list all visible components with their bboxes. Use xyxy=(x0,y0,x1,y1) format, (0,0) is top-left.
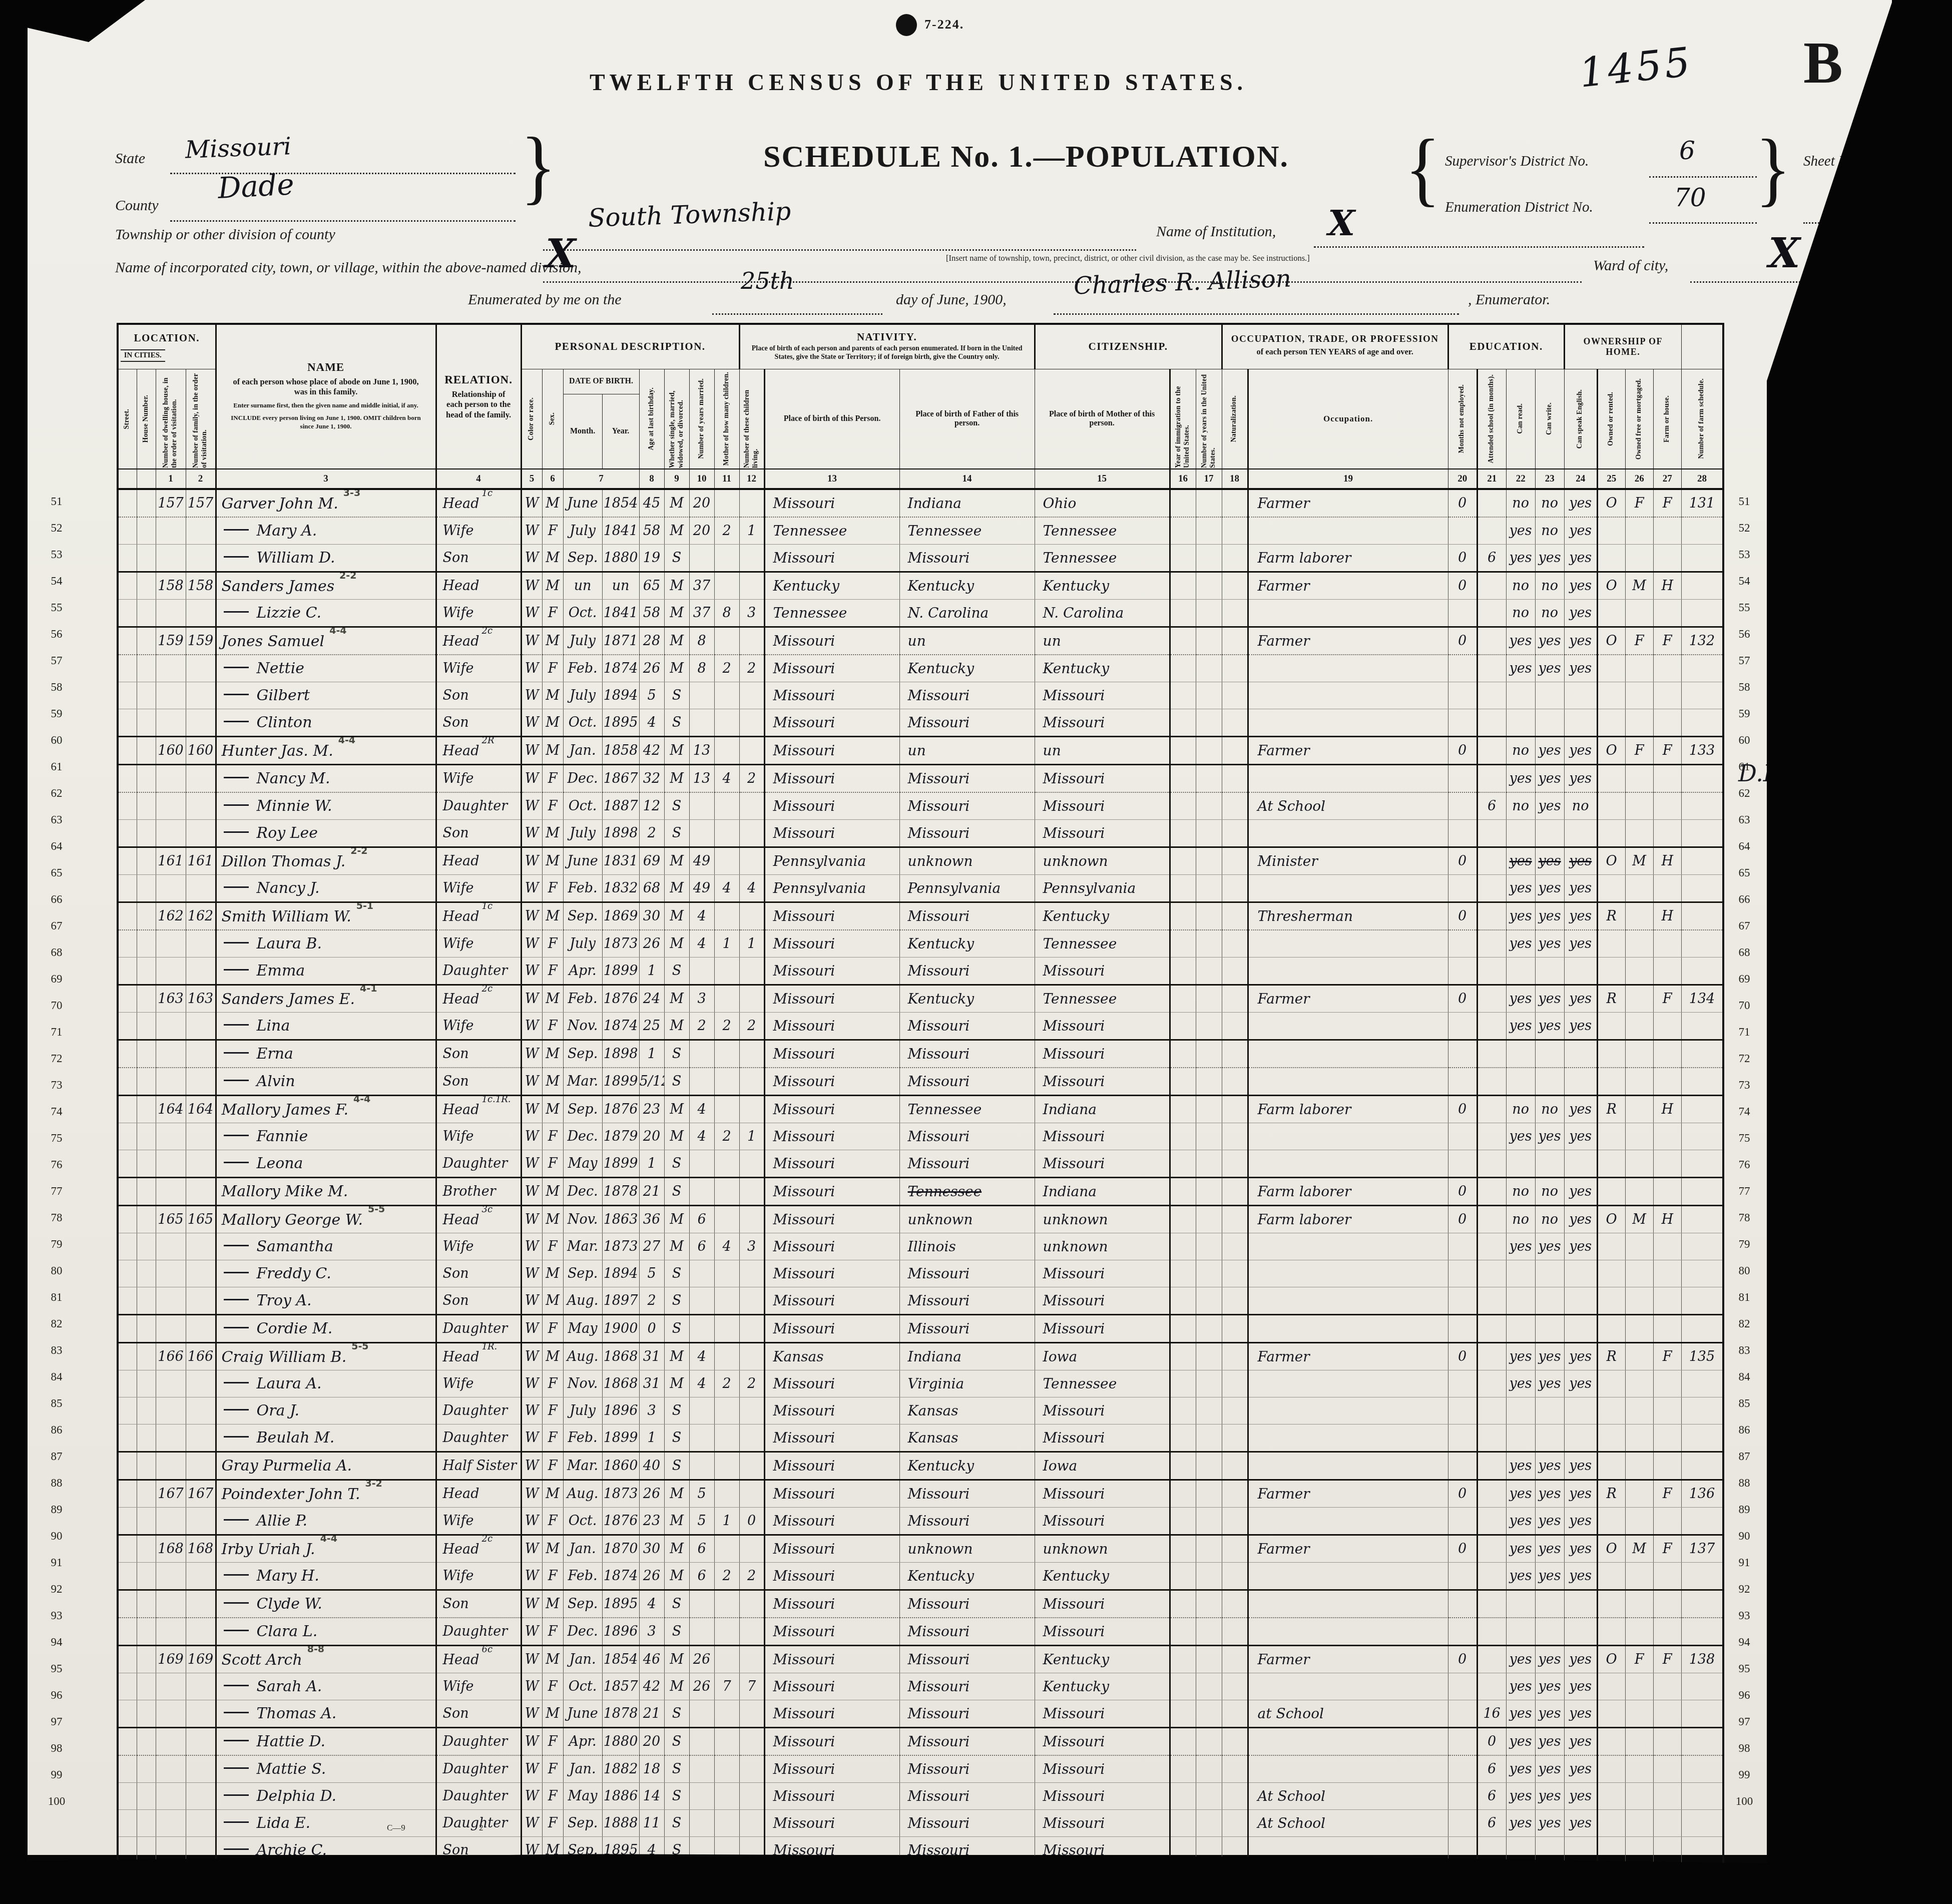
age-cell: 1 xyxy=(639,1424,664,1452)
table-row: Roy LeeSonWMJuly18982SMissouriMissouriMi… xyxy=(118,820,1723,847)
group-occupation: OCCUPATION, TRADE, OR PROFESSION of each… xyxy=(1222,324,1448,369)
months-not-employed-cell: 0 xyxy=(1448,1480,1477,1508)
name-cell: Gray Purmelia A. xyxy=(216,1452,436,1480)
relation-cell: Son xyxy=(436,820,521,847)
family-number-cell: 165 xyxy=(186,1206,216,1233)
naturalization-cell xyxy=(1222,902,1248,930)
row-number: 98 xyxy=(37,1735,77,1761)
owned-free-mortgaged-cell xyxy=(1625,1233,1653,1260)
marital-cell: S xyxy=(664,1810,689,1837)
family-number-cell: 159 xyxy=(186,627,216,655)
can-read-cell: yes xyxy=(1506,930,1535,958)
table-row: Laura B.WifeWFJuly187326M411MissouriKent… xyxy=(118,930,1723,958)
ditto-dash xyxy=(224,1162,249,1163)
owned-rented-cell xyxy=(1597,600,1625,627)
years-in-us-cell xyxy=(1196,600,1222,627)
immigration-year-cell xyxy=(1170,1397,1196,1424)
family-number-cell: 162 xyxy=(186,902,216,930)
years-married-cell: 5 xyxy=(689,1508,714,1535)
naturalization-cell xyxy=(1222,1260,1248,1287)
birthplace-cell: Kentucky xyxy=(764,572,899,600)
years-married-cell: 4 xyxy=(689,1123,714,1150)
birth-year-cell: 1882 xyxy=(602,1755,639,1783)
relation-annotation: 1R. xyxy=(481,1343,497,1352)
naturalization-cell xyxy=(1222,1728,1248,1756)
table-row: Clara L.DaughterWFDec.18963SMissouriMiss… xyxy=(118,1618,1723,1646)
farm-schedule-cell xyxy=(1681,1728,1723,1756)
can-read-cell: yes xyxy=(1506,1673,1535,1700)
owned-free-mortgaged-cell xyxy=(1625,1480,1653,1508)
birthplace-cell: Missouri xyxy=(764,1563,899,1590)
can-speak-english-cell xyxy=(1564,820,1597,847)
ditto-dash xyxy=(224,694,249,695)
dwelling-number-cell xyxy=(156,545,186,572)
row-number: 96 xyxy=(1724,1682,1764,1708)
color-cell: W xyxy=(521,792,542,820)
can-read-cell: no xyxy=(1506,792,1535,820)
can-write-cell xyxy=(1535,1315,1564,1343)
relation-cell: Head3c xyxy=(436,1206,521,1233)
col-house-number: House Number. xyxy=(137,369,156,469)
naturalization-cell xyxy=(1222,820,1248,847)
owned-rented-cell xyxy=(1597,1755,1625,1783)
sex-cell: M xyxy=(542,1040,563,1068)
owned-rented-cell xyxy=(1597,517,1625,545)
name-cell: Lizzie C. xyxy=(216,600,436,627)
street-cell xyxy=(118,1233,137,1260)
attended-school-cell: 16 xyxy=(1477,1700,1506,1728)
name-cell: Minnie W. xyxy=(216,792,436,820)
street-cell xyxy=(118,902,137,930)
birth-month-cell: Mar. xyxy=(563,1068,602,1096)
age-cell: 45 xyxy=(639,489,664,517)
mother-birthplace-cell: Tennessee xyxy=(1035,517,1170,545)
can-write-cell xyxy=(1535,1040,1564,1068)
can-read-cell: no xyxy=(1506,572,1535,600)
family-number-cell xyxy=(186,1150,216,1178)
can-write-cell xyxy=(1535,1424,1564,1452)
row-number: 69 xyxy=(37,966,77,992)
family-number-cell xyxy=(186,1508,216,1535)
color-cell: W xyxy=(521,1810,542,1837)
can-speak-english-cell: yes xyxy=(1564,985,1597,1013)
immigration-year-cell xyxy=(1170,1728,1196,1756)
birth-year-cell: 1854 xyxy=(602,1646,639,1673)
mother-of-cell xyxy=(714,1150,739,1178)
mother-birthplace-cell: unknown xyxy=(1035,847,1170,875)
pencil-tally: 3-3 xyxy=(343,489,360,499)
row-number: 97 xyxy=(1724,1708,1764,1735)
dwelling-number-cell: 167 xyxy=(156,1480,186,1508)
name-cell: Freddy C. xyxy=(216,1260,436,1287)
can-speak-english-cell: yes xyxy=(1564,1700,1597,1728)
farm-schedule-cell: 136 xyxy=(1681,1480,1723,1508)
months-not-employed-cell xyxy=(1448,1590,1477,1618)
house-number-cell xyxy=(137,1755,156,1783)
farm-or-house-cell xyxy=(1653,875,1681,902)
dwelling-number-cell xyxy=(156,1260,186,1287)
birth-month-cell: June xyxy=(563,1700,602,1728)
street-cell xyxy=(118,1397,137,1424)
immigration-year-cell xyxy=(1170,1480,1196,1508)
birth-month-cell: July xyxy=(563,682,602,709)
can-write-cell: yes xyxy=(1535,655,1564,682)
relation-annotation: 1c.1R. xyxy=(481,1096,511,1105)
immigration-year-cell xyxy=(1170,930,1196,958)
name-cell: Ora J. xyxy=(216,1397,436,1424)
age-cell: 3 xyxy=(639,1397,664,1424)
ditto-dash xyxy=(224,667,249,668)
enumeration-district-underline xyxy=(1649,222,1757,224)
birth-month-cell: Sep. xyxy=(563,1260,602,1287)
birthplace-cell: Missouri xyxy=(764,1040,899,1068)
color-cell: W xyxy=(521,737,542,765)
mother-of-cell xyxy=(714,1728,739,1756)
mother-of-cell xyxy=(714,545,739,572)
relation-cell: Son xyxy=(436,1068,521,1096)
sex-cell: M xyxy=(542,847,563,875)
children-living-cell xyxy=(739,709,764,737)
immigration-year-cell xyxy=(1170,1233,1196,1260)
family-number-cell xyxy=(186,1728,216,1756)
district-brace-open: { xyxy=(1405,127,1440,211)
ditto-dash xyxy=(224,1794,249,1796)
city-underline xyxy=(543,281,1582,283)
column-number: 21 xyxy=(1477,469,1506,489)
naturalization-cell xyxy=(1222,1646,1248,1673)
family-number-cell: 163 xyxy=(186,985,216,1013)
father-birthplace-cell: Missouri xyxy=(899,1150,1035,1178)
can-write-cell: yes xyxy=(1535,1563,1564,1590)
mother-of-cell xyxy=(714,1452,739,1480)
farm-schedule-cell xyxy=(1681,875,1723,902)
family-number-cell xyxy=(186,1452,216,1480)
relation-cell: Head2c xyxy=(436,985,521,1013)
years-married-cell xyxy=(689,792,714,820)
street-cell xyxy=(118,792,137,820)
months-not-employed-cell xyxy=(1448,765,1477,793)
marital-cell: S xyxy=(664,1700,689,1728)
street-cell xyxy=(118,958,137,985)
street-cell xyxy=(118,1783,137,1810)
mother-birthplace-cell: Kentucky xyxy=(1035,1563,1170,1590)
mother-birthplace-cell: Kentucky xyxy=(1035,1673,1170,1700)
census-sheet-paper: 7-224. TWELFTH CENSUS OF THE UNITED STAT… xyxy=(28,0,1892,1855)
birth-month-cell: July xyxy=(563,820,602,847)
birth-year-cell: 1876 xyxy=(602,1096,639,1123)
age-cell: 30 xyxy=(639,902,664,930)
birth-month-cell: Sep. xyxy=(563,545,602,572)
owned-free-mortgaged-cell xyxy=(1625,1343,1653,1370)
attended-school-cell xyxy=(1477,930,1506,958)
can-speak-english-cell xyxy=(1564,1068,1597,1096)
institution-x-mark: X xyxy=(1328,202,1355,244)
birth-year-cell: 1900 xyxy=(602,1315,639,1343)
column-number: 28 xyxy=(1681,469,1723,489)
years-married-cell: 8 xyxy=(689,655,714,682)
age-cell: 5/12 xyxy=(639,1068,664,1096)
marital-cell: M xyxy=(664,1206,689,1233)
father-birthplace-cell: Missouri xyxy=(899,820,1035,847)
relation-cell: Head1c xyxy=(436,489,521,517)
row-number: 88 xyxy=(37,1470,77,1496)
pencil-tally: 3-2 xyxy=(365,1480,382,1489)
farm-or-house-cell xyxy=(1653,820,1681,847)
occupation-cell: at School xyxy=(1248,1700,1448,1728)
pencil-tally: 4-4 xyxy=(320,1535,337,1544)
can-write-cell: yes xyxy=(1535,1452,1564,1480)
occupation-cell xyxy=(1248,958,1448,985)
color-cell: W xyxy=(521,1646,542,1673)
house-number-cell xyxy=(137,1343,156,1370)
sex-cell: F xyxy=(542,1618,563,1646)
row-number: 62 xyxy=(37,780,77,806)
months-not-employed-cell: 0 xyxy=(1448,489,1477,517)
age-cell: 65 xyxy=(639,572,664,600)
birth-year-cell: 1876 xyxy=(602,985,639,1013)
years-in-us-cell xyxy=(1196,1700,1222,1728)
can-read-cell: yes xyxy=(1506,1343,1535,1370)
house-number-cell xyxy=(137,1315,156,1343)
birthplace-cell: Missouri xyxy=(764,930,899,958)
family-number-cell xyxy=(186,1123,216,1150)
row-number: 52 xyxy=(1724,515,1764,541)
dwelling-number-cell xyxy=(156,1397,186,1424)
farm-or-house-cell xyxy=(1653,1837,1681,1865)
row-number: 63 xyxy=(1724,806,1764,833)
occupation-cell: Farm laborer xyxy=(1248,1178,1448,1206)
col-owned-rented: Owned or rented. xyxy=(1597,369,1625,469)
dwelling-number-cell xyxy=(156,1150,186,1178)
can-read-cell: yes xyxy=(1506,517,1535,545)
sex-cell: M xyxy=(542,682,563,709)
father-birthplace-cell: Virginia xyxy=(899,1370,1035,1397)
mother-birthplace-cell: unknown xyxy=(1035,1233,1170,1260)
immigration-year-cell xyxy=(1170,1123,1196,1150)
farm-or-house-cell xyxy=(1653,1424,1681,1452)
farm-schedule-cell: 135 xyxy=(1681,1343,1723,1370)
owned-rented-cell: R xyxy=(1597,1343,1625,1370)
birth-month-cell: Oct. xyxy=(563,792,602,820)
row-number: 73 xyxy=(37,1072,77,1098)
months-not-employed-cell xyxy=(1448,1233,1477,1260)
relation-annotation: 3c xyxy=(481,1206,493,1215)
can-speak-english-cell xyxy=(1564,1424,1597,1452)
attended-school-cell xyxy=(1477,1315,1506,1343)
relation-cell: Daughter xyxy=(436,1618,521,1646)
row-number: 87 xyxy=(37,1443,77,1470)
birth-year-cell: 1873 xyxy=(602,930,639,958)
age-cell: 69 xyxy=(639,847,664,875)
name-cell: Scott Arch8-8 xyxy=(216,1646,436,1673)
owned-free-mortgaged-cell xyxy=(1625,1013,1653,1040)
age-cell: 58 xyxy=(639,517,664,545)
owned-free-mortgaged-cell xyxy=(1625,1618,1653,1646)
father-birthplace-cell: Missouri xyxy=(899,1646,1035,1673)
mother-birthplace-cell: Tennessee xyxy=(1035,930,1170,958)
birth-year-cell: 1841 xyxy=(602,600,639,627)
footer-mark: C—9 xyxy=(387,1823,405,1833)
father-birthplace-cell: Missouri xyxy=(899,1508,1035,1535)
children-living-cell xyxy=(739,1755,764,1783)
attended-school-cell xyxy=(1477,1370,1506,1397)
farm-schedule-cell xyxy=(1681,1424,1723,1452)
birth-month-cell: Jan. xyxy=(563,1755,602,1783)
group-citizenship: CITIZENSHIP. xyxy=(1035,324,1222,369)
pencil-tally: 5-5 xyxy=(368,1206,385,1215)
column-number: 8 xyxy=(639,469,664,489)
street-cell xyxy=(118,1480,137,1508)
enumeration-district-value: 70 xyxy=(1674,183,1706,212)
street-cell xyxy=(118,847,137,875)
years-married-cell: 6 xyxy=(689,1206,714,1233)
birthplace-cell: Missouri xyxy=(764,1068,899,1096)
months-not-employed-cell: 0 xyxy=(1448,737,1477,765)
owned-free-mortgaged-cell: F xyxy=(1625,489,1653,517)
months-not-employed-cell xyxy=(1448,792,1477,820)
naturalization-cell xyxy=(1222,627,1248,655)
attended-school-cell xyxy=(1477,517,1506,545)
table-row: 163163Sanders James E.4-1Head2cWMFeb.187… xyxy=(118,985,1723,1013)
farm-or-house-cell xyxy=(1653,1618,1681,1646)
can-write-cell xyxy=(1535,682,1564,709)
farm-schedule-cell xyxy=(1681,655,1723,682)
marital-cell: M xyxy=(664,1646,689,1673)
col-color: Color or race. xyxy=(521,369,542,469)
census-table: LOCATION. IN CITIES. NAME of each person… xyxy=(117,323,1724,1865)
family-number-cell: 169 xyxy=(186,1646,216,1673)
name-cell: Fannie xyxy=(216,1123,436,1150)
age-cell: 4 xyxy=(639,1590,664,1618)
can-speak-english-cell: yes xyxy=(1564,627,1597,655)
farm-or-house-cell: F xyxy=(1653,1535,1681,1563)
ditto-dash xyxy=(224,1409,249,1410)
attended-school-cell xyxy=(1477,1618,1506,1646)
occupation-cell: Farmer xyxy=(1248,985,1448,1013)
mother-birthplace-cell: Missouri xyxy=(1035,958,1170,985)
children-living-cell xyxy=(739,1206,764,1233)
house-number-cell xyxy=(137,930,156,958)
family-number-cell xyxy=(186,517,216,545)
family-number-cell xyxy=(186,1810,216,1837)
age-cell: 14 xyxy=(639,1783,664,1810)
can-write-cell: yes xyxy=(1535,1480,1564,1508)
mother-birthplace-cell: Kentucky xyxy=(1035,572,1170,600)
occupation-cell: Farmer xyxy=(1248,489,1448,517)
owned-free-mortgaged-cell xyxy=(1625,1563,1653,1590)
father-birthplace-cell: unknown xyxy=(899,847,1035,875)
can-read-cell xyxy=(1506,1260,1535,1287)
age-cell: 20 xyxy=(639,1123,664,1150)
months-not-employed-cell xyxy=(1448,875,1477,902)
farm-or-house-cell xyxy=(1653,930,1681,958)
birth-month-cell: Dec. xyxy=(563,765,602,793)
name-cell: Laura B. xyxy=(216,930,436,958)
father-birthplace-cell: Missouri xyxy=(899,545,1035,572)
years-married-cell xyxy=(689,1810,714,1837)
children-living-cell: 3 xyxy=(739,1233,764,1260)
ditto-dash xyxy=(224,1848,249,1850)
farm-schedule-cell xyxy=(1681,1233,1723,1260)
farm-or-house-cell: F xyxy=(1653,1646,1681,1673)
marital-cell: S xyxy=(664,1424,689,1452)
age-cell: 26 xyxy=(639,930,664,958)
table-row: 162162Smith William W.5-1Head1cWMSep.186… xyxy=(118,902,1723,930)
dwelling-number-cell xyxy=(156,958,186,985)
house-number-cell xyxy=(137,847,156,875)
immigration-year-cell xyxy=(1170,682,1196,709)
birth-year-cell: 1886 xyxy=(602,1783,639,1810)
house-number-cell xyxy=(137,1783,156,1810)
birthplace-cell: Missouri xyxy=(764,489,899,517)
father-birthplace-cell: Missouri xyxy=(899,1315,1035,1343)
father-birthplace-cell: Kentucky xyxy=(899,655,1035,682)
can-read-cell: yes xyxy=(1506,1370,1535,1397)
col-years-married: Number of years married. xyxy=(689,369,714,469)
owned-rented-cell xyxy=(1597,930,1625,958)
birthplace-cell: Missouri xyxy=(764,1755,899,1783)
row-number: 99 xyxy=(37,1761,77,1788)
birthplace-cell: Missouri xyxy=(764,1673,899,1700)
immigration-year-cell xyxy=(1170,1590,1196,1618)
children-living-cell: 4 xyxy=(739,875,764,902)
birth-month-cell: Oct. xyxy=(563,709,602,737)
row-number: 80 xyxy=(37,1257,77,1284)
row-number: 60 xyxy=(37,727,77,753)
naturalization-cell xyxy=(1222,1618,1248,1646)
children-living-cell xyxy=(739,958,764,985)
can-read-cell xyxy=(1506,1618,1535,1646)
row-number: 51 xyxy=(37,488,77,515)
dwelling-number-cell xyxy=(156,1755,186,1783)
years-married-cell: 26 xyxy=(689,1646,714,1673)
dwelling-number-cell xyxy=(156,655,186,682)
father-birthplace-cell: Missouri xyxy=(899,1013,1035,1040)
name-cell: Craig William B.5-5 xyxy=(216,1343,436,1370)
row-number: 93 xyxy=(1724,1602,1764,1629)
mother-birthplace-cell: Ohio xyxy=(1035,489,1170,517)
name-cell: Poindexter John T.3-2 xyxy=(216,1480,436,1508)
house-number-cell xyxy=(137,1480,156,1508)
years-in-us-cell xyxy=(1196,1590,1222,1618)
children-living-cell: 2 xyxy=(739,1563,764,1590)
table-row: 164164Mallory James F.4-4Head1c.1R.WMSep… xyxy=(118,1096,1723,1123)
name-cell: Laura A. xyxy=(216,1370,436,1397)
can-write-cell: yes xyxy=(1535,1755,1564,1783)
can-read-cell: yes xyxy=(1506,627,1535,655)
can-read-cell: no xyxy=(1506,1096,1535,1123)
name-cell: Nancy M. xyxy=(216,765,436,793)
years-married-cell: 2 xyxy=(689,1013,714,1040)
years-married-cell xyxy=(689,1424,714,1452)
marital-cell: M xyxy=(664,1508,689,1535)
age-cell: 23 xyxy=(639,1508,664,1535)
children-living-cell xyxy=(739,1535,764,1563)
birth-year-cell: 1879 xyxy=(602,1123,639,1150)
owned-rented-cell xyxy=(1597,1287,1625,1315)
name-column-sub3: INCLUDE every person living on June 1, 1… xyxy=(227,414,425,431)
sex-cell: M xyxy=(542,1287,563,1315)
district-brace-close: } xyxy=(1755,127,1791,211)
enumerated-day: 25th xyxy=(741,267,794,294)
enumerator-suffix: , Enumerator. xyxy=(1468,291,1550,308)
row-number: 96 xyxy=(37,1682,77,1708)
row-number: 74 xyxy=(1724,1098,1764,1125)
relation-cell: Head1c xyxy=(436,902,521,930)
years-in-us-cell xyxy=(1196,1370,1222,1397)
color-cell: W xyxy=(521,517,542,545)
children-living-cell xyxy=(739,737,764,765)
